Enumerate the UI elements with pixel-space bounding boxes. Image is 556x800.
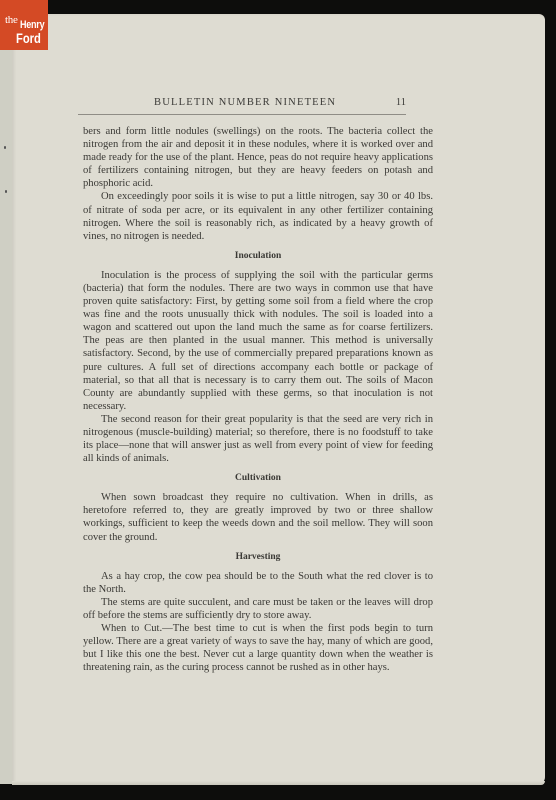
henry-ford-logo: the Henry Ford (0, 0, 48, 50)
paragraph: On exceedingly poor soils it is wise to … (83, 190, 433, 242)
paragraph: The stems are quite succulent, and care … (83, 596, 433, 622)
paragraph: Inoculation is the process of supplying … (83, 269, 433, 413)
page-number: 11 (396, 97, 406, 108)
paragraph: As a hay crop, the cow pea should be to … (83, 570, 433, 596)
scan-speck (4, 146, 6, 149)
page-edge (12, 781, 545, 785)
paragraph: When sown broadcast they require no cult… (83, 491, 433, 543)
paragraph: When to Cut.—The best time to cut is whe… (83, 622, 433, 674)
scan-speck (5, 190, 7, 193)
paragraph: bers and form little nodules (swellings)… (83, 125, 433, 190)
logo-text-ford: Ford (16, 30, 41, 46)
running-header: BULLETIN NUMBER NINETEEN 11 (78, 96, 406, 115)
section-heading-harvesting: Harvesting (83, 551, 433, 563)
section-heading-cultivation: Cultivation (83, 472, 433, 484)
section-heading-inoculation: Inoculation (83, 250, 433, 262)
logo-text-the: the (5, 14, 18, 26)
page-body: bers and form little nodules (swellings)… (83, 125, 433, 674)
paragraph: The second reason for their great popula… (83, 413, 433, 465)
running-title: BULLETIN NUMBER NINETEEN (154, 97, 336, 108)
